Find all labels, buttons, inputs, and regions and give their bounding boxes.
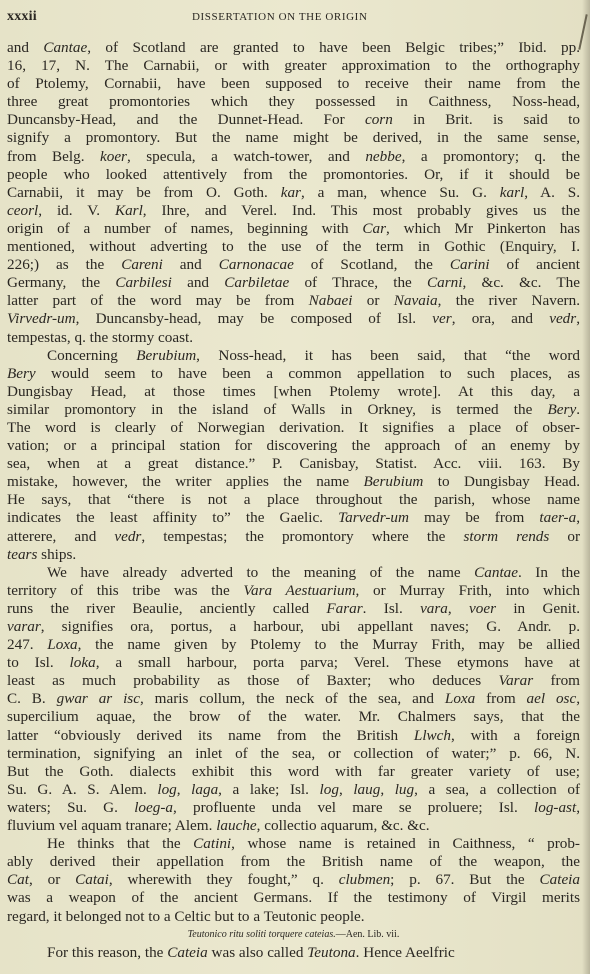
text-line: 16, 17, N. The Carnabii, or with greater… [7,57,580,75]
text-line: atterere, and vedr, tempestas; the promo… [7,528,580,546]
text-line: varar, signifies ora, portus, a harbour,… [7,618,580,636]
text-line: The word is clearly of Norwegian derivat… [7,419,580,437]
text-line: Germany, the Carbilesi and Carbiletae of… [7,274,580,292]
text-line: three great promontories which they poss… [7,93,580,111]
text-line: was a weapon of the ancient Germans. If … [7,889,580,907]
text-line: to Isl. loka, a small harbour, porta par… [7,654,580,672]
block-quote-line: Teutonico ritu soliti torquere cateias.—… [7,926,580,944]
text-line: territory of this tribe was the Vara Aes… [7,582,580,600]
text-line: But the Goth. dialects exhibit this word… [7,763,580,781]
document-page: xxxii DISSERTATION ON THE ORIGIN and Can… [0,0,590,974]
text-line: indicates the least affinity to” the Gae… [7,509,580,527]
text-line: Virvedr-um, Duncansby-head, may be compo… [7,310,580,328]
text-line: Cat, or Catai, wherewith they fought,” q… [7,871,580,889]
text-line: 226;) as the Careni and Carnonacae of Sc… [7,256,580,274]
text-line: Duncansby-Head, and the Dunnet-Head. For… [7,111,580,129]
text-line: mistake, however, the writer applies the… [7,473,580,491]
text-line: signify a promontory. But the name might… [7,129,580,147]
text-line: vation; or a principal station for disco… [7,437,580,455]
text-line: Dungisbay Head, at those times [when Pto… [7,383,580,401]
text-line: similar promontory in the island of Wall… [7,401,580,419]
text-line: latter “obviously derived its name from … [7,727,580,745]
text-line: regard, it belonged not to a Celtic but … [7,908,580,926]
text-line: tempestas, q. the stormy coast. [7,329,580,347]
text-line: supercilium aquae, the brow of the water… [7,708,580,726]
text-line: 247. Loxa, the name given by Ptolemy to … [7,636,580,654]
page-number: xxxii [7,9,37,25]
text-line: ceorl, id. V. Karl, Ihre, and Verel. Ind… [7,202,580,220]
text-line: Bery would seem to have been a common ap… [7,365,580,383]
text-line: from Belg. koer, specula, a watch-tower,… [7,148,580,166]
text-line: origin of a number of names, beginning w… [7,220,580,238]
text-line: ably derived their appellation from the … [7,853,580,871]
text-line: runs the river Beaulie, anciently called… [7,600,580,618]
text-line: least as much probability as those of Ba… [7,672,580,690]
text-line: latter part of the word may be from Naba… [7,292,580,310]
text-line: For this reason, the Cateia was also cal… [7,944,580,962]
text-line: fluvium vel aquam tranare; Alem. lauche,… [7,817,580,835]
running-head: DISSERTATION ON THE ORIGIN [192,11,368,23]
text-line: He says, that “there is not a place thro… [7,491,580,509]
text-line: people who looked attentively from the p… [7,166,580,184]
text-line: of Ptolemy, Cornabii, have been supposed… [7,75,580,93]
text-line: tears ships. [7,546,580,564]
text-line: Carnabii, it may be from O. Goth. kar, a… [7,184,580,202]
text-line: Concerning Berubium, Noss-head, it has b… [7,347,580,365]
page-header: xxxii DISSERTATION ON THE ORIGIN [7,9,579,25]
text-line: mentioned, without adverting to the use … [7,238,580,256]
text-line: Su. G. A. S. Alem. log, laga, a lake; Is… [7,781,580,799]
text-line: sea, when at a great distance.” P. Canis… [7,455,580,473]
page-edge-shadow [582,0,590,974]
text-line: He thinks that the Catini, whose name is… [7,835,580,853]
body-text: and Cantae, of Scotland are granted to h… [7,39,580,962]
text-line: waters; Su. G. loeg-a, profluente unda v… [7,799,580,817]
text-line: We have already adverted to the meaning … [7,564,580,582]
text-line: C. B. gwar ar isc, maris collum, the nec… [7,690,580,708]
text-line: and Cantae, of Scotland are granted to h… [7,39,580,57]
text-line: termination, signifying an inlet of the … [7,745,580,763]
